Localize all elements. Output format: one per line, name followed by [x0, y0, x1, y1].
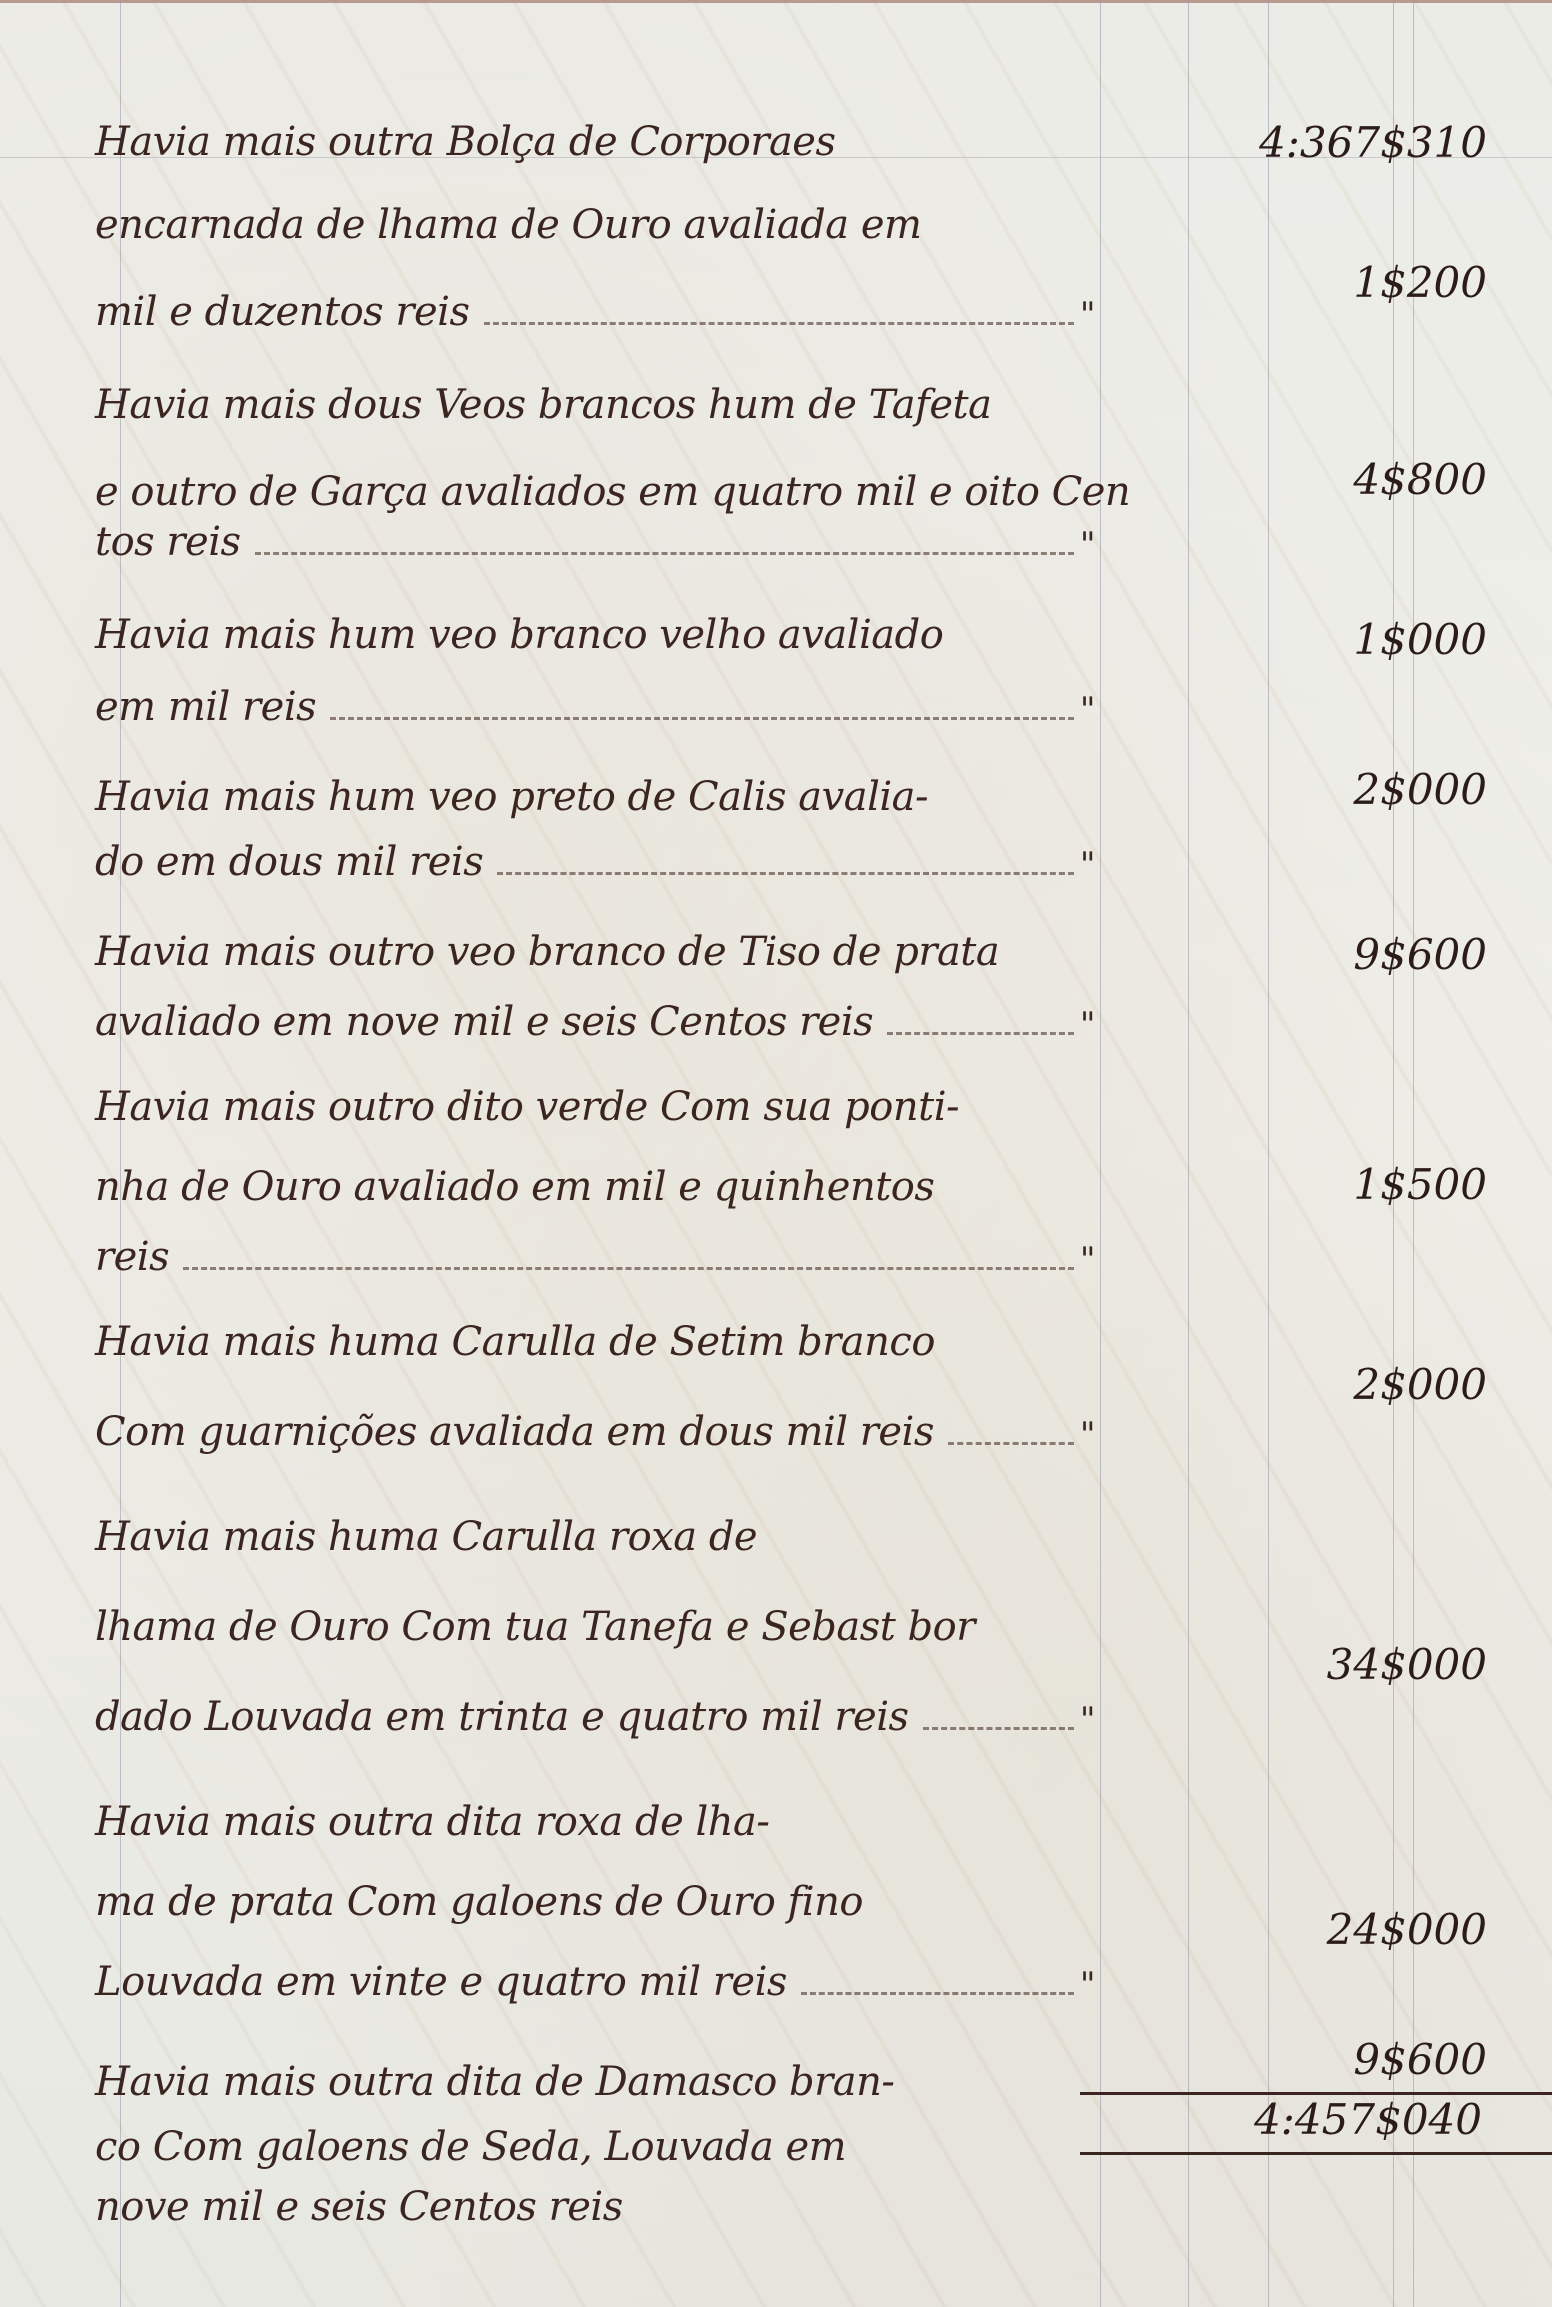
amount-column-rule-4	[1393, 0, 1394, 2307]
page-total: 4:457$040	[1254, 2095, 1482, 2144]
entry-10-line-1: Havia mais outra dita de Damasco bran-	[95, 2035, 894, 2105]
entry-9-line-3: Louvada em vinte e quatro mil reis"	[95, 1935, 1095, 2005]
entry-6-line-2: nha de Ouro avaliado em mil e quinhentos	[95, 1140, 934, 1210]
entry-2-line-3: tos reis"	[95, 495, 1095, 565]
entry-4-line-2: do em dous mil reis"	[95, 815, 1095, 885]
amount-entry-8: 34$000	[1327, 1640, 1487, 1689]
carried-forward-amount: 4:367$310	[1259, 118, 1487, 167]
entry-7-line-2: Com guarnições avaliada em dous mil reis…	[95, 1385, 1095, 1455]
entry-8-line-2: lhama de Ouro Com tua Tanefa e Sebast bo…	[95, 1580, 975, 1650]
total-rule-bottom	[1080, 2152, 1552, 2155]
entry-5-line-1: Havia mais outro veo branco de Tiso de p…	[95, 905, 999, 975]
amount-column-rule-1	[1100, 0, 1101, 2307]
entry-8-line-3: dado Louvada em trinta e quatro mil reis…	[95, 1670, 1095, 1740]
amount-entry-1: 1$200	[1353, 258, 1487, 307]
amount-entry-4: 2$000	[1353, 765, 1487, 814]
entry-3-line-2: em mil reis"	[95, 660, 1095, 730]
entry-9-line-1: Havia mais outra dita roxa de lha-	[95, 1775, 769, 1845]
amount-entry-3: 1$000	[1353, 615, 1487, 664]
entry-6-line-3: reis"	[95, 1210, 1095, 1280]
entry-1-line-3: mil e duzentos reis"	[95, 265, 1095, 335]
paper-top-edge	[0, 0, 1552, 3]
amount-entry-5: 9$600	[1353, 930, 1487, 979]
amount-entry-10: 9$600	[1353, 2035, 1487, 2084]
entry-1-line-1: Havia mais outra Bolça de Corporaes	[95, 95, 836, 165]
entry-2-line-1: Havia mais dous Veos brancos hum de Tafe…	[95, 358, 991, 428]
entry-10-line-3: nove mil e seis Centos reis	[95, 2160, 623, 2230]
entry-6-line-1: Havia mais outro dito verde Com sua pont…	[95, 1060, 959, 1130]
amount-column-rule-5	[1413, 0, 1414, 2307]
entry-7-line-1: Havia mais huma Carulla de Setim branco	[95, 1295, 935, 1365]
entry-1-line-2: encarnada de lhama de Ouro avaliada em	[95, 178, 921, 248]
amount-column-rule-3	[1268, 0, 1269, 2307]
entry-9-line-2: ma de prata Com galoens de Ouro fino	[95, 1855, 863, 1925]
amount-column-rule-2	[1188, 0, 1189, 2307]
amount-entry-9: 24$000	[1327, 1905, 1487, 1954]
amount-entry-6: 1$500	[1353, 1160, 1487, 1209]
amount-entry-2: 4$800	[1353, 455, 1487, 504]
entry-5-line-2: avaliado em nove mil e seis Centos reis"	[95, 975, 1095, 1045]
entry-4-line-1: Havia mais hum veo preto de Calis avalia…	[95, 750, 928, 820]
entry-3-line-1: Havia mais hum veo branco velho avaliado	[95, 588, 943, 658]
ledger-page: 4:367$310 Havia mais outra Bolça de Corp…	[0, 0, 1552, 2307]
amount-entry-7: 2$000	[1353, 1360, 1487, 1409]
entry-8-line-1: Havia mais huma Carulla roxa de	[95, 1490, 757, 1560]
